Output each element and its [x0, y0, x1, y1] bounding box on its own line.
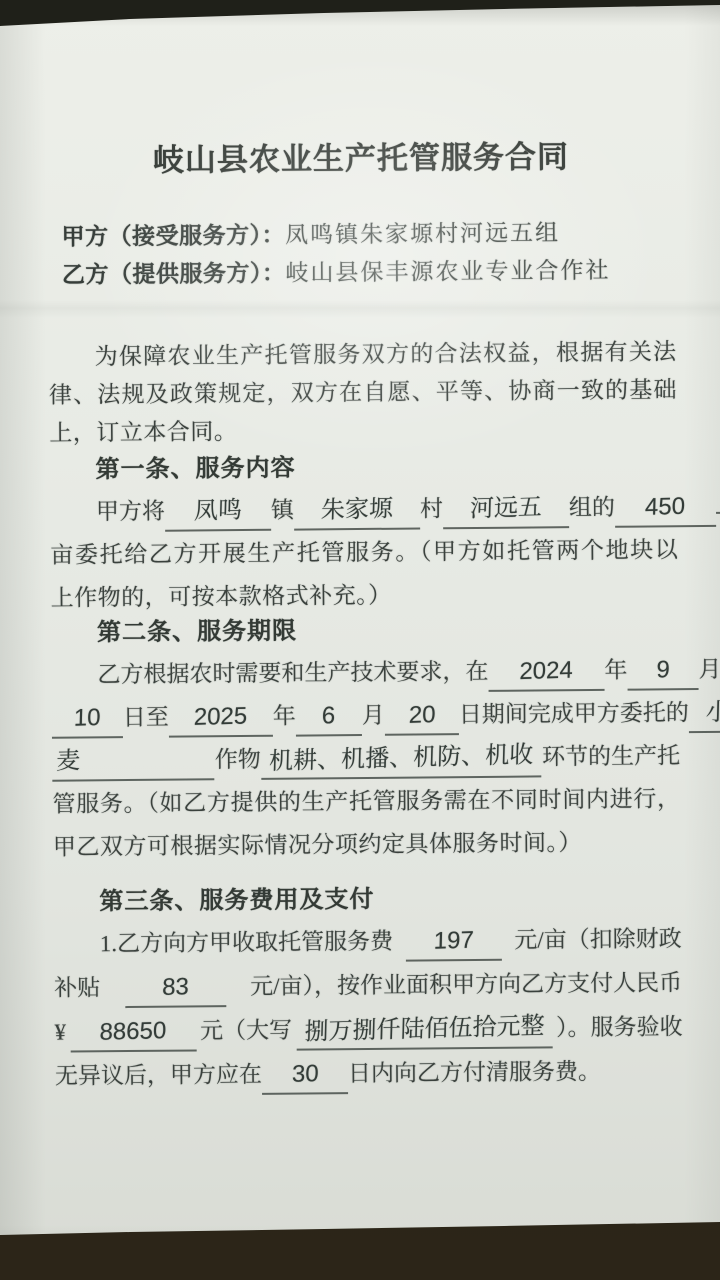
- contract-paper: 岐山县农业生产托管服务合同 甲方（接受服务方）：凤鸣镇朱家塬村河远五组 乙方（提…: [0, 0, 720, 1280]
- section-2-line-5: 甲乙双方可根据实际情况分项约定具体服务时间。）: [53, 820, 681, 868]
- start-day-blank: 10: [52, 700, 123, 739]
- amount-mid-text: 元（大写: [200, 1009, 292, 1054]
- section-2-crop-line: 麦 作物 机耕、机播、机防、机收 环节的生产托: [52, 734, 680, 782]
- contract-content: 岐山县农业生产托管服务合同 甲方（接受服务方）：凤鸣镇朱家塬村河远五组 乙方（提…: [0, 0, 720, 1280]
- party-a-label: 甲方（接受服务方）：: [61, 223, 285, 250]
- section-3-heading: 第三条、服务费用及支付: [53, 877, 681, 922]
- s1-pre-text: 甲方将: [96, 490, 165, 534]
- fee-blank: 197: [406, 923, 502, 962]
- section-3-payment-days-line: 无异议后，甲方应在 30 日内向乙方付清服务费。: [55, 1049, 683, 1098]
- days-handwritten: 30: [291, 1056, 319, 1093]
- party-b-label: 乙方（提供服务方）：: [62, 261, 286, 288]
- party-a-line: 甲方（接受服务方）：凤鸣镇朱家塬村河远五组: [47, 213, 675, 256]
- currency-symbol: ¥: [54, 1011, 66, 1055]
- group-blank: 河远五: [443, 490, 569, 529]
- contract-photo: 岐山县农业生产托管服务合同 甲方（接受服务方）：凤鸣镇朱家塬村河远五组 乙方（提…: [0, 0, 720, 1280]
- services-handwritten: 机耕、机播、机防、机收: [269, 737, 534, 780]
- amount-post-text: ）。服务验收: [556, 1005, 683, 1050]
- s2-pre-text: 乙方根据农时需要和生产技术要求，在: [97, 650, 488, 696]
- subsidy-blank: 83: [125, 969, 226, 1008]
- fee-handwritten: 197: [433, 923, 474, 960]
- start-month-blank: 9: [627, 652, 698, 691]
- section-3-fee-line: 1.乙方向方甲收取托管服务费 197 元/亩（扣除财政: [54, 917, 682, 966]
- end-month-blank: 6: [296, 698, 362, 737]
- party-b-value: 岐山县保丰源农业专业合作社: [285, 258, 610, 286]
- s2-mid1-text: 日至: [123, 696, 169, 739]
- amount-words-handwritten: 捌万捌仟陆佰伍拾元整: [303, 1008, 544, 1050]
- end-year-handwritten: 2025: [194, 699, 248, 736]
- village-suffix-text: 村: [420, 487, 443, 530]
- s2-post-text: 日期间完成甲方委托的: [459, 691, 689, 736]
- crop-blank-part-2: 麦: [52, 742, 214, 781]
- end-month-handwritten: 6: [322, 698, 336, 734]
- section-1-line-2: 亩委托给乙方开展生产托管服务。（甲方如托管两个地块以: [50, 528, 678, 576]
- end-day-handwritten: 20: [408, 697, 436, 734]
- party-b-line: 乙方（提供服务方）：岐山县保丰源农业专业合作社: [48, 251, 676, 294]
- village-handwritten: 朱家塬: [320, 491, 393, 529]
- section-2-date-line-1: 乙方根据农时需要和生产技术要求，在 2024 年 9 月: [51, 648, 679, 696]
- s2-mid2-text: 年: [273, 695, 296, 738]
- services-blank: 机耕、机播、机防、机收: [261, 739, 541, 779]
- village-blank: 朱家塬: [294, 491, 420, 530]
- area-blank-trailing-underline: [716, 512, 720, 514]
- town-suffix-text: 镇: [271, 489, 294, 532]
- section-3-amount-line: ¥ 88650 元（大写 捌万捌仟陆佰伍拾元整 ）。服务验收: [54, 1005, 682, 1054]
- preamble-line-2: 律、法规及政策规定，双方在自愿、平等、协商一致的基础: [49, 371, 677, 414]
- section-1-fill-line: 甲方将 凤鸣 镇 朱家塬 村 河远五 组的 450: [50, 485, 678, 533]
- section-1-heading: 第一条、服务内容: [49, 445, 677, 490]
- end-year-blank: 2025: [169, 699, 273, 738]
- subsidy-handwritten: 83: [161, 969, 189, 1006]
- amount-blank: 88650: [70, 1013, 196, 1052]
- area-handwritten: 450: [645, 489, 686, 526]
- days-post-text: 日内向乙方付清服务费。: [348, 1050, 601, 1096]
- crop-blank-part-1: 小: [689, 695, 720, 734]
- subsidy-post-text: 元/亩），按作业面积甲方向乙方支付人民币: [250, 961, 682, 1009]
- crop-handwritten-part-1: 小: [705, 695, 720, 732]
- contract-title: 岐山县农业生产托管服务合同: [47, 137, 675, 180]
- town-blank: 凤鸣: [165, 493, 271, 532]
- line-end-spacer: [601, 1078, 683, 1079]
- preamble-block: 为保障农业生产托管服务双方的合法权益，根据有关法 律、法规及政策规定，双方在自愿…: [48, 333, 677, 452]
- group-suffix-text: 组的: [569, 486, 615, 529]
- subsidy-pre-text: 补贴: [54, 966, 100, 1010]
- year-label-text: 年: [604, 649, 627, 692]
- end-day-blank: 20: [385, 697, 459, 736]
- party-a-value: 凤鸣镇朱家塬村河远五组: [285, 220, 560, 247]
- amount-words-blank: 捌万捌仟陆佰伍拾元整: [296, 1010, 552, 1050]
- days-pre-text: 无异议后，甲方应在: [55, 1053, 262, 1099]
- section-2-line-4: 管服务。（如乙方提供的生产托管服务需在不同时间内进行，: [52, 777, 680, 825]
- preamble-line-1: 为保障农业生产托管服务双方的合法权益，根据有关法: [48, 333, 676, 376]
- days-blank: 30: [262, 1056, 348, 1095]
- amount-handwritten: 88650: [99, 1013, 167, 1051]
- s2-mid3-text: 月: [362, 694, 385, 737]
- area-blank: 450: [615, 489, 716, 528]
- section-3-subsidy-line: 补贴 83 元/亩），按作业面积甲方向乙方支付人民币: [54, 961, 682, 1010]
- month-label-text: 月: [698, 648, 720, 691]
- section-2-date-line-2: 10 日至 2025 年 6 月 20 日期间完成甲方委托的 小: [52, 691, 680, 739]
- town-handwritten: 凤鸣: [194, 493, 243, 530]
- start-year-handwritten: 2024: [519, 653, 573, 690]
- group-handwritten: 河远五: [469, 490, 542, 528]
- start-day-handwritten: 10: [73, 700, 101, 737]
- crop-handwritten-part-2: 麦: [56, 743, 81, 780]
- s3-line1-post-text: 元/亩（扣除财政: [514, 917, 682, 962]
- start-month-handwritten: 9: [656, 652, 670, 688]
- start-year-blank: 2024: [488, 653, 604, 692]
- crop-label-text: 作物: [215, 738, 261, 781]
- parties-block: 甲方（接受服务方）：凤鸣镇朱家塬村河远五组 乙方（提供服务方）：岐山县保丰源农业…: [47, 213, 676, 294]
- s3-pre-text: 1.乙方向方甲收取托管服务费: [100, 920, 394, 967]
- s2-line3-post-text: 环节的生产托: [542, 734, 680, 778]
